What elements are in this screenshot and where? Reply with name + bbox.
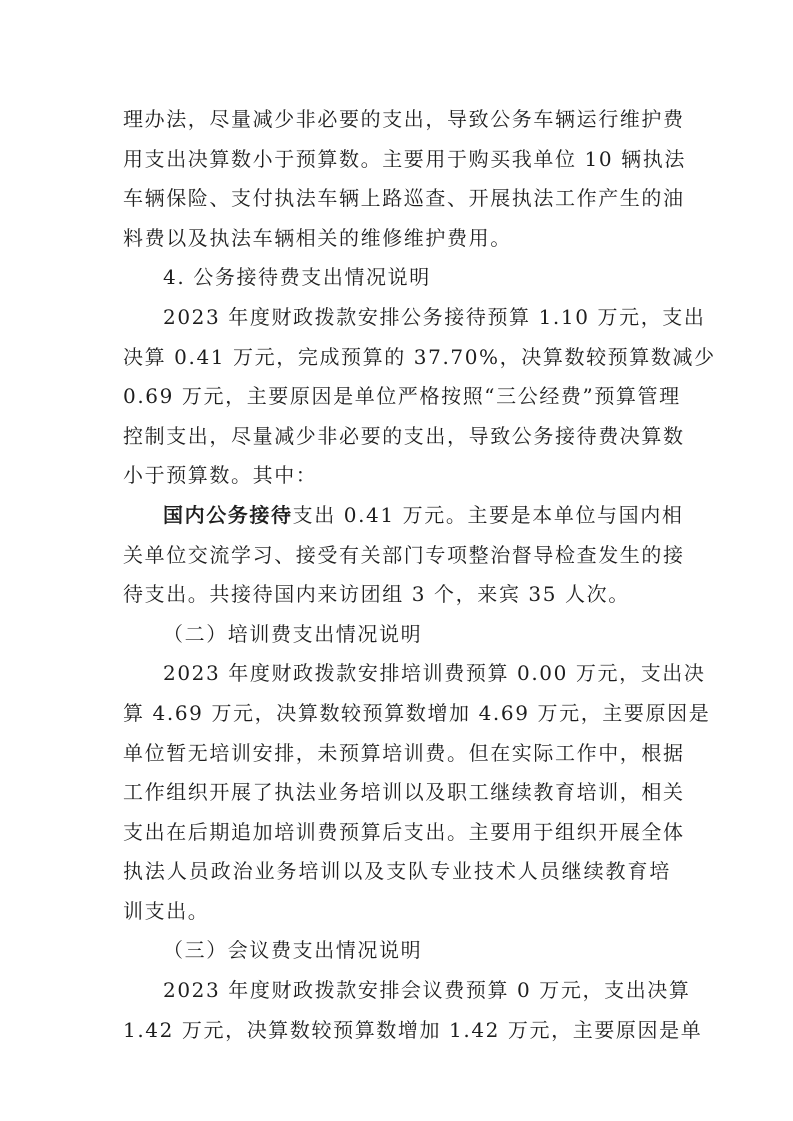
text-line: 2023 年度财政拨款安排会议费预算 0 万元，支出决算 (123, 971, 671, 1011)
domestic-reception-line: 国内公务接待支出 0.41 万元。主要是本单位与国内相 (123, 496, 671, 536)
text-line: 车辆保险、支付执法车辆上路巡查、开展执法工作产生的油 (123, 179, 671, 219)
text-line: 料费以及执法车辆相关的维修维护费用。 (123, 219, 671, 259)
text-line: 0.69 万元，主要原因是单位严格按照“三公经费”预算管理 (123, 377, 671, 417)
text-line: 2023 年度财政拨款安排培训费预算 0.00 万元，支出决 (123, 654, 671, 694)
text-line: 算 4.69 万元，决算数较预算数增加 4.69 万元，主要原因是 (123, 694, 671, 734)
text-line: 决算 0.41 万元，完成预算的 37.70%，决算数较预算数减少 (123, 338, 671, 378)
text-line: 单位暂无培训安排，未预算培训费。但在实际工作中，根据 (123, 734, 671, 774)
section-heading-training: （二）培训费支出情况说明 (123, 615, 671, 655)
text-line: 小于预算数。其中： (123, 456, 671, 496)
text-line: 待支出。共接待国内来访团组 3 个，来宾 35 人次。 (123, 575, 671, 615)
text-line: 用支出决算数小于预算数。主要用于购买我单位 10 辆执法 (123, 140, 671, 180)
domestic-reception-label: 国内公务接待 (163, 503, 293, 527)
text-line: 支出在后期追加培训费预算后支出。主要用于组织开展全体 (123, 813, 671, 853)
domestic-reception-text: 支出 0.41 万元。主要是本单位与国内相 (293, 503, 684, 527)
text-line: 2023 年度财政拨款安排公务接待预算 1.10 万元，支出 (123, 298, 671, 338)
text-line: 关单位交流学习、接受有关部门专项整治督导检查发生的接 (123, 536, 671, 576)
section-heading-reception: 4. 公务接待费支出情况说明 (123, 258, 671, 298)
text-line: 训支出。 (123, 892, 671, 932)
section-heading-meeting: （三）会议费支出情况说明 (123, 931, 671, 971)
text-line: 理办法，尽量减少非必要的支出，导致公务车辆运行维护费 (123, 100, 671, 140)
text-line: 控制支出，尽量减少非必要的支出，导致公务接待费决算数 (123, 417, 671, 457)
text-line: 1.42 万元，决算数较预算数增加 1.42 万元，主要原因是单 (123, 1011, 671, 1051)
document-page: 理办法，尽量减少非必要的支出，导致公务车辆运行维护费 用支出决算数小于预算数。主… (123, 100, 671, 1050)
text-line: 执法人员政治业务培训以及支队专业技术人员继续教育培 (123, 852, 671, 892)
text-line: 工作组织开展了执法业务培训以及职工继续教育培训，相关 (123, 773, 671, 813)
